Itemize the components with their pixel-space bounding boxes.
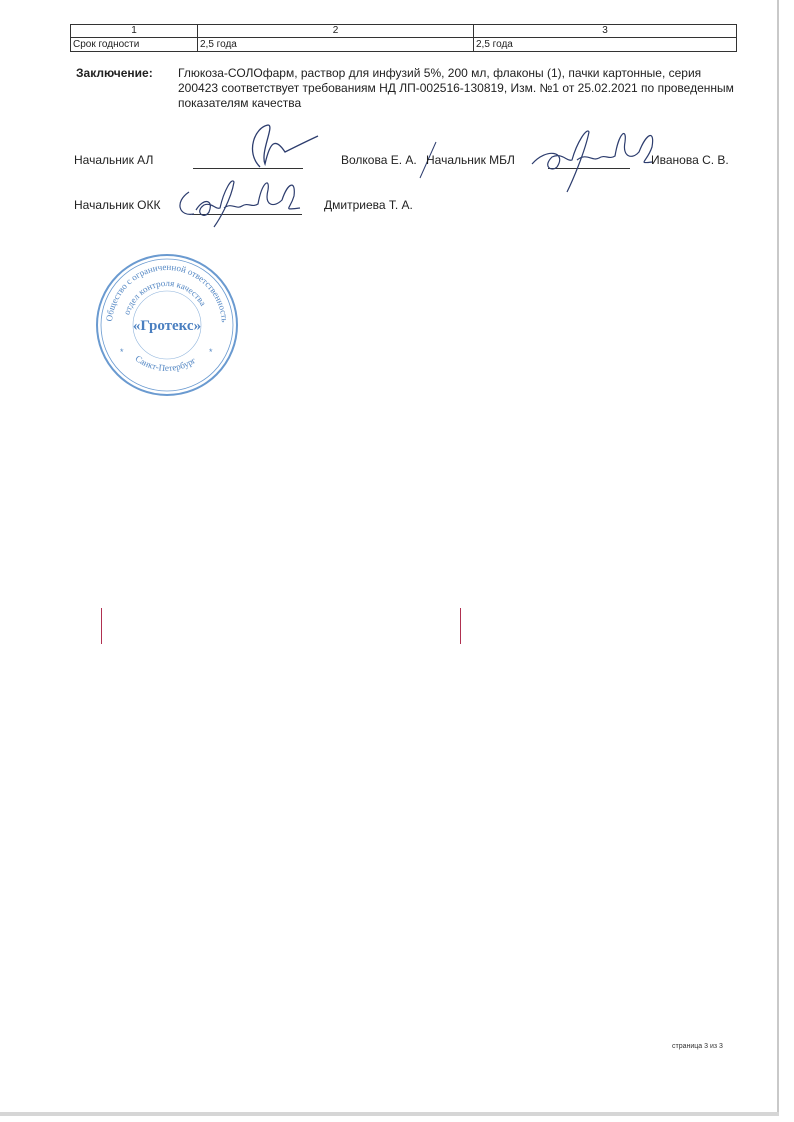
page-edge [0,1112,779,1116]
table-header-row: 1 2 3 [71,25,737,38]
table-cell: 2,5 года [474,38,737,52]
stamp-bottom-text: Санкт-Петербург [133,353,197,373]
conclusion-label: Заключение: [76,66,153,80]
scan-mark [460,608,461,644]
table-cell: 2,5 года [198,38,474,52]
signature-mark [174,172,304,227]
stamp-center-text: «Гротекс» [133,318,201,334]
signature-role-mbl: Начальник МБЛ [426,153,515,167]
signature-role-al: Начальник АЛ [74,153,153,167]
svg-text:Санкт-Петербург: Санкт-Петербург [133,353,197,373]
page-number: страница 3 из 3 [672,1043,723,1050]
scan-mark [101,608,102,644]
table-header-cell: 3 [474,25,737,38]
conclusion-text: Глюкоза-СОЛОфарм, раствор для инфузий 5%… [178,66,738,111]
table-header-cell: 2 [198,25,474,38]
star-icon: * [209,347,213,357]
signature-role-okk: Начальник ОКК [74,198,160,212]
signature-name-okk: Дмитриева Т. А. [324,198,413,212]
signature-name-al: Волкова Е. А. [341,153,417,167]
page-edge [777,0,779,1115]
table-cell: Срок годности [71,38,198,52]
svg-text:отдел контроля качества: отдел контроля качества [122,278,209,316]
signature-name-mbl: Иванова С. В. [651,153,729,167]
stamp-inner-text: отдел контроля качества [122,278,209,316]
company-stamp: Общество с ограниченной ответственностью… [92,250,242,400]
signature-mark [240,122,320,172]
star-icon: * [120,347,124,357]
spec-table: 1 2 3 Срок годности 2,5 года 2,5 года [70,24,737,52]
signature-mark [527,122,657,192]
table-header-cell: 1 [71,25,198,38]
table-row: Срок годности 2,5 года 2,5 года [71,38,737,52]
